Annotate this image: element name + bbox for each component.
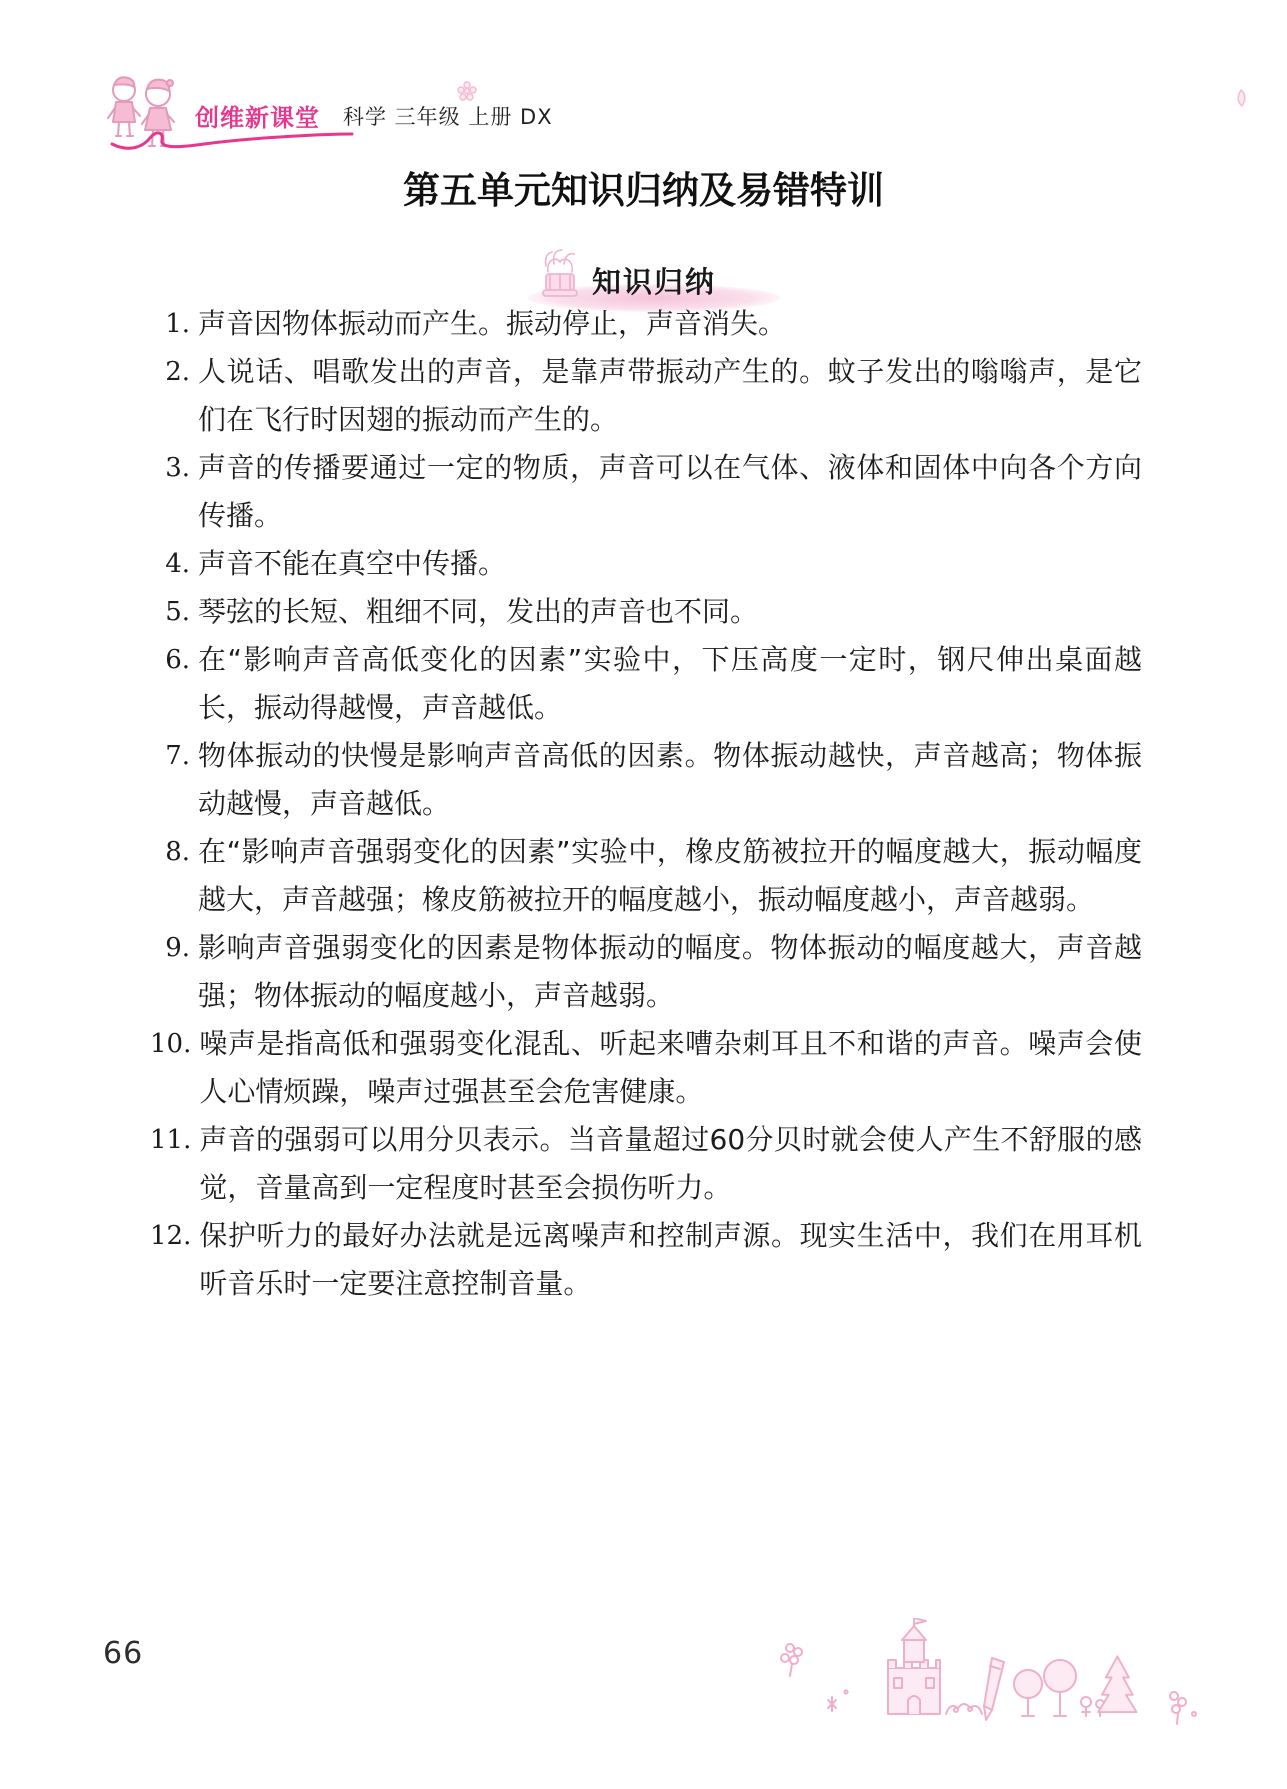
section-badge-label: 知识归纳 (592, 260, 716, 301)
list-item-number: 12. (150, 1212, 199, 1308)
list-item-number: 10. (150, 1020, 199, 1116)
pencil-icon (984, 1658, 1004, 1720)
textbook-page: 创维新课堂 科学 三年级 上册 DX 第五单元知识归纳及易错特训 (0, 0, 1287, 1789)
badge-doodle-icon (536, 246, 584, 300)
list-item-text: 声音不能在真空中传播。 (198, 540, 1142, 588)
list-item-number: 1. (150, 300, 198, 348)
list-item-text: 在“影响声音高低变化的因素”实验中，下压高度一定时，钢尺伸出桌面越长，振动得越慢… (198, 636, 1142, 732)
list-item-text: 声音的传播要通过一定的物质，声音可以在气体、液体和固体中向各个方向传播。 (198, 444, 1142, 540)
list-item: 9. 影响声音强弱变化的因素是物体振动的幅度。物体振动的幅度越大，声音越强；物体… (150, 924, 1142, 1020)
list-item-number: 7. (150, 732, 198, 828)
list-item-text: 琴弦的长短、粗细不同，发出的声音也不同。 (198, 588, 1142, 636)
flower-decoration-icon (781, 1644, 802, 1676)
list-item-number: 11. (150, 1116, 199, 1212)
list-item: 2. 人说话、唱歌发出的声音，是靠声带振动产生的。蚊子发出的嗡嗡声，是它们在飞行… (150, 348, 1142, 444)
list-item-text: 声音因物体振动而产生。振动停止，声音消失。 (198, 300, 1142, 348)
petal-decoration-icon (1232, 88, 1250, 108)
knowledge-list: 1. 声音因物体振动而产生。振动停止，声音消失。 2. 人说话、唱歌发出的声音，… (150, 300, 1142, 1308)
list-item: 1. 声音因物体振动而产生。振动停止，声音消失。 (150, 300, 1142, 348)
list-item-text: 物体振动的快慢是影响声音高低的因素。物体振动越快，声音越高；物体振动越慢，声音越… (198, 732, 1142, 828)
flower-decoration-icon (1170, 1692, 1196, 1724)
list-item: 11. 声音的强弱可以用分贝表示。当音量超过60分贝时就会使人产生不舒服的感觉，… (150, 1116, 1142, 1212)
bush-icon (946, 1704, 982, 1714)
list-item: 3. 声音的传播要通过一定的物质，声音可以在气体、液体和固体中向各个方向传播。 (150, 444, 1142, 540)
list-item-number: 6. (150, 636, 198, 732)
unit-title: 第五单元知识归纳及易错特训 (0, 160, 1287, 214)
list-item: 10. 噪声是指高低和强弱变化混乱、听起来嘈杂刺耳且不和谐的声音。噪声会使人心情… (150, 1020, 1142, 1116)
pine-tree-icon (1098, 1656, 1136, 1712)
list-item-text: 保护听力的最好办法就是远离噪声和控制声源。现实生活中，我们在用耳机听音乐时一定要… (199, 1212, 1142, 1308)
tree-icon (1014, 1660, 1076, 1716)
list-item: 4. 声音不能在真空中传播。 (150, 540, 1142, 588)
list-item-number: 9. (150, 924, 198, 1020)
page-header: 创维新课堂 科学 三年级 上册 DX (100, 70, 560, 160)
list-item: 8. 在“影响声音强弱变化的因素”实验中，橡皮筋被拉开的幅度越大，振动幅度越大，… (150, 828, 1142, 924)
castle-icon (888, 1618, 940, 1714)
list-item-text: 人说话、唱歌发出的声音，是靠声带振动产生的。蚊子发出的嗡嗡声，是它们在飞行时因翅… (198, 348, 1142, 444)
list-item-number: 2. (150, 348, 198, 444)
list-item-text: 影响声音强弱变化的因素是物体振动的幅度。物体振动的幅度越大，声音越强；物体振动的… (198, 924, 1142, 1020)
list-item-number: 4. (150, 540, 198, 588)
list-item: 6. 在“影响声音高低变化的因素”实验中，下压高度一定时，钢尺伸出桌面越长，振动… (150, 636, 1142, 732)
list-item-text: 声音的强弱可以用分贝表示。当音量超过60分贝时就会使人产生不舒服的感觉，音量高到… (199, 1116, 1142, 1212)
list-item-text: 在“影响声音强弱变化的因素”实验中，橡皮筋被拉开的幅度越大，振动幅度越大，声音越… (198, 828, 1142, 924)
castle-scene-illustration (770, 1618, 1200, 1730)
sparkle-decoration-icon (828, 1690, 848, 1711)
flower-decoration-icon (456, 80, 478, 102)
list-item-number: 5. (150, 588, 198, 636)
list-item-text: 噪声是指高低和强弱变化混乱、听起来嘈杂刺耳且不和谐的声音。噪声会使人心情烦躁，噪… (199, 1020, 1142, 1116)
list-item: 12. 保护听力的最好办法就是远离噪声和控制声源。现实生活中，我们在用耳机听音乐… (150, 1212, 1142, 1308)
list-item: 5. 琴弦的长短、粗细不同，发出的声音也不同。 (150, 588, 1142, 636)
list-item-number: 8. (150, 828, 198, 924)
list-item: 7. 物体振动的快慢是影响声音高低的因素。物体振动越快，声音越高；物体振动越慢，… (150, 732, 1142, 828)
page-number: 66 (103, 1636, 143, 1671)
header-swoosh-line (108, 118, 458, 152)
list-item-number: 3. (150, 444, 198, 540)
